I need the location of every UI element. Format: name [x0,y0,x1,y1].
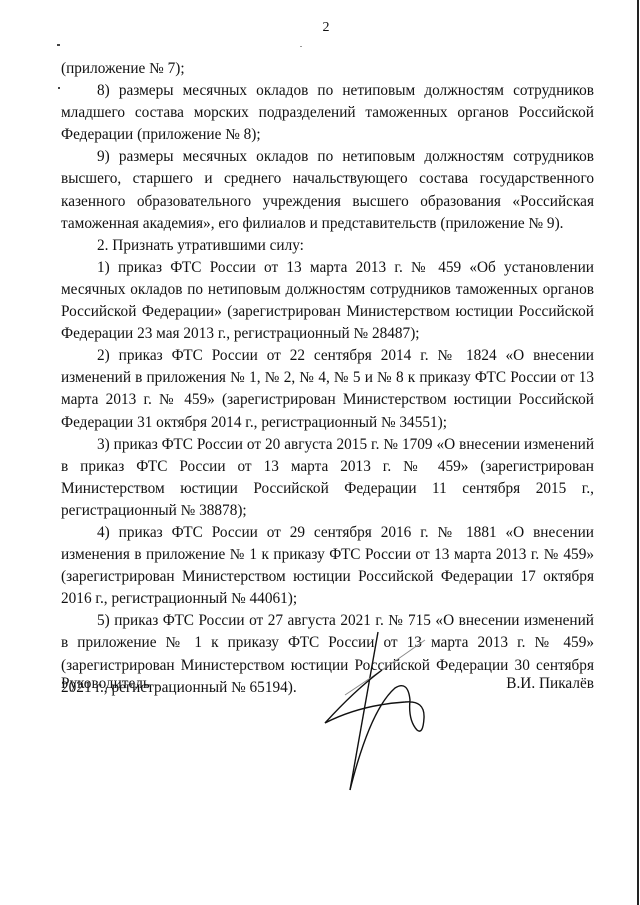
scan-edge-border [637,0,639,905]
scan-speck [57,44,60,46]
handwritten-signature-icon [300,630,450,805]
scan-speck [58,87,60,89]
paragraph: 9) размеры месячных окладов по нетиповым… [61,146,594,234]
document-page: 2 (приложение № 7); 8) размеры месячных … [0,0,640,905]
signer-title: Руководитель [61,673,150,695]
paragraph: 1) приказ ФТС России от 13 марта 2013 г.… [61,257,594,345]
paragraph: (приложение № 7); [61,58,594,80]
paragraph-heading: 2. Признать утратившими силу: [61,235,594,257]
paragraph: 3) приказ ФТС России от 20 августа 2015 … [61,434,594,522]
paragraph: 4) приказ ФТС России от 29 сентября 2016… [61,522,594,610]
paragraph: 2) приказ ФТС России от 22 сентября 2014… [61,345,594,433]
document-body: (приложение № 7); 8) размеры месячных ок… [61,58,594,699]
paragraph: 8) размеры месячных окладов по нетиповым… [61,80,594,146]
signer-name: В.И. Пикалёв [506,673,594,695]
page-number: 2 [0,20,640,36]
scan-speck [300,46,302,47]
